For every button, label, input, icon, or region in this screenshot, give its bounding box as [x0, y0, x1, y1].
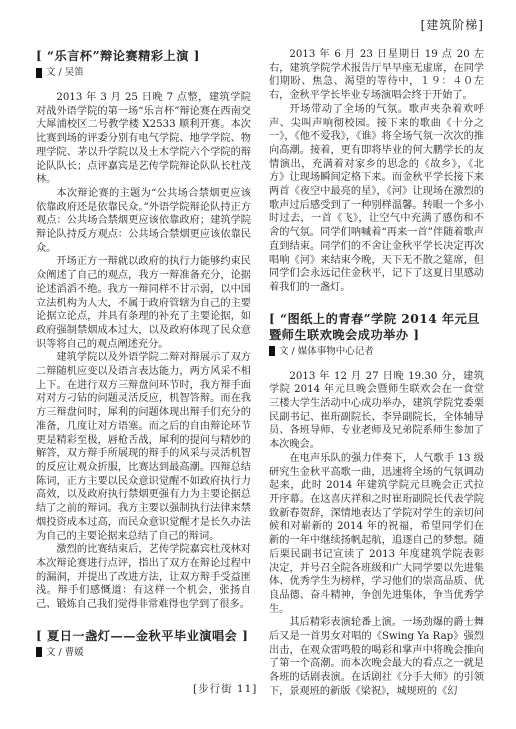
article-title-concert: [ 夏日一盏灯——金秋平毕业演唱会 ] — [36, 628, 251, 644]
article-debate-contest: [ “乐言杯”辩论赛精彩上演 ] 文 / 吴笛 2013 年 3 月 25 日晚… — [36, 48, 251, 612]
byline-text: 文 / 吴笛 — [46, 66, 84, 79]
byline-text: 文 / 媒体事物中心记者 — [279, 345, 374, 358]
byline-debate: 文 / 吴笛 — [36, 66, 251, 79]
paragraph: 其后精彩表演轮番上演。一场劲爆的爵士舞后又是一首男女对唱的《Swing Ya R… — [269, 616, 484, 698]
paragraph: 激烈的比赛结束后，艺传学院嘉宾杜茂林对本次辩论赛进行点评，指出了双方在辩论过程中… — [36, 543, 251, 612]
paragraph: 本次辩论赛的主题为“公共场合禁烟更应该依靠政府还是依靠民众。”外语学院辩论队持正… — [36, 187, 251, 256]
page-footer-label: [步行街 11] — [193, 681, 257, 696]
byline-square-icon — [36, 647, 42, 657]
paragraph: 在电声乐队的强力伴奏下，人气歌手 13 级研究生金秋平高歌一曲，迅速将全场的气氛… — [269, 452, 484, 616]
article-body-gala: 2013 年 12 月 27 日晚 19.30 分，建筑学院 2014 年元旦晚… — [269, 370, 484, 699]
text-columns: [ “乐言杯”辩论赛精彩上演 ] 文 / 吴笛 2013 年 3 月 25 日晚… — [36, 48, 484, 699]
byline-square-icon — [36, 68, 42, 78]
right-column: 2013 年 6 月 23 日星期日 19 点 20 左右，建筑学院学术报告厅早… — [269, 48, 484, 699]
magazine-page: [建筑阶梯] [ “乐言杯”辩论赛精彩上演 ] 文 / 吴笛 2013 年 3 … — [0, 0, 516, 729]
article-body-concert: 2013 年 6 月 23 日星期日 19 点 20 左右，建筑学院学术报告厅早… — [269, 48, 484, 295]
article-title-debate: [ “乐言杯”辩论赛精彩上演 ] — [36, 48, 251, 64]
article-body-debate: 2013 年 3 月 25 日晚 7 点整，建筑学院对战外语学院的第一场“乐言杯… — [36, 91, 251, 612]
paragraph: 2013 年 6 月 23 日星期日 19 点 20 左右，建筑学院学术报告厅早… — [269, 48, 484, 103]
article-concert-head: [ 夏日一盏灯——金秋平毕业演唱会 ] 文 / 曹媛 — [36, 628, 251, 659]
article-newyear-gala: [ “图纸上的青春”学院 2014 年元旦暨师生联欢晚会成功举办 ] 文 / 媒… — [269, 311, 484, 699]
paragraph: 2013 年 12 月 27 日晚 19.30 分，建筑学院 2014 年元旦晚… — [269, 370, 484, 452]
byline-square-icon — [269, 346, 275, 356]
article-title-gala: [ “图纸上的青春”学院 2014 年元旦暨师生联欢晚会成功举办 ] — [269, 311, 484, 343]
paragraph: 开场正方一辩就以政府的执行力能够约束民众阐述了自己的观点，我方一辩准备充分，论据… — [36, 255, 251, 351]
page-header-section-label: [建筑阶梯] — [421, 16, 484, 33]
byline-text: 文 / 曹媛 — [46, 646, 84, 659]
byline-gala: 文 / 媒体事物中心记者 — [269, 345, 484, 358]
paragraph: 开场带动了全场的气氛。歌声夹杂着欢呼声、尖叫声响彻校园。接下来的歌曲《十分之一》… — [269, 103, 484, 295]
byline-concert: 文 / 曹媛 — [36, 646, 251, 659]
left-column: [ “乐言杯”辩论赛精彩上演 ] 文 / 吴笛 2013 年 3 月 25 日晚… — [36, 48, 251, 699]
paragraph: 建筑学院以及外语学院二辩对辩展示了双方二辩随机应变以及语言表达能力，两方风采不相… — [36, 351, 251, 543]
paragraph: 2013 年 3 月 25 日晚 7 点整，建筑学院对战外语学院的第一场“乐言杯… — [36, 91, 251, 187]
